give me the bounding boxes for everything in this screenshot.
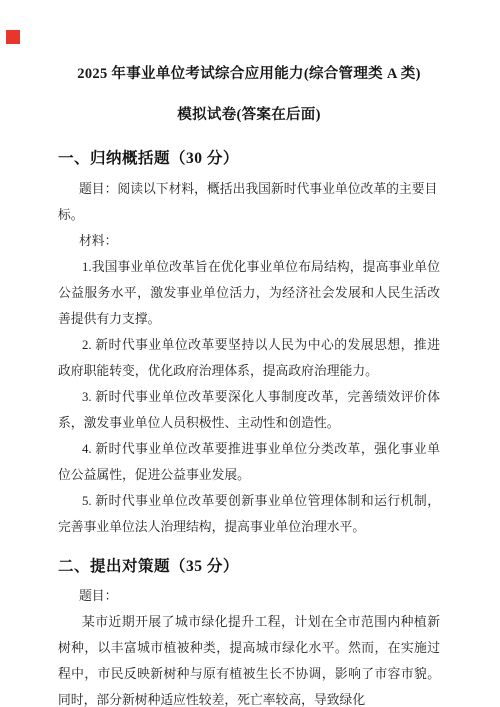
- section2-question-label: 题目：: [58, 583, 440, 609]
- exam-document-page: 2025 年事业单位考试综合应用能力(综合管理类 A 类) 模拟试卷(答案在后面…: [0, 0, 500, 707]
- section2-question-paragraph: 某市近期开展了城市绿化提升工程，计划在全市范围内种植新树种，以丰富城市植被种类，…: [58, 609, 440, 707]
- document-title-line2: 模拟试卷(答案在后面): [58, 107, 440, 124]
- annotation-marker: [6, 30, 20, 44]
- material-paragraph-5: 5. 新时代事业单位改革要创新事业单位管理体制和运行机制，完善事业单位法人治理结…: [58, 488, 440, 540]
- section1-question-line: 题目：阅读以下材料，概括出我国新时代事业单位改革的主要目标。: [58, 176, 440, 228]
- material-paragraph-1: 1.我国事业单位改革旨在优化事业单位布局结构，提高事业单位公益服务水平，激发事业…: [58, 254, 440, 332]
- section2-body: 题目： 某市近期开展了城市绿化提升工程，计划在全市范围内种植新树种，以丰富城市植…: [58, 583, 440, 707]
- section1-heading: 一、归纳概括题（30 分）: [58, 150, 440, 167]
- document-title-line1: 2025 年事业单位考试综合应用能力(综合管理类 A 类): [58, 66, 440, 83]
- material-paragraph-2: 2. 新时代事业单位改革要坚持以人民为中心的发展思想，推进政府职能转变，优化政府…: [58, 332, 440, 384]
- section2-heading: 二、提出对策题（35 分）: [58, 558, 440, 575]
- section1-material-label: 材料：: [58, 228, 440, 254]
- material-paragraph-3: 3. 新时代事业单位改革要深化人事制度改革，完善绩效评价体系，激发事业单位人员积…: [58, 384, 440, 436]
- material-paragraph-4: 4. 新时代事业单位改革要推进事业单位分类改革，强化事业单位公益属性，促进公益事…: [58, 436, 440, 488]
- section1-body: 题目：阅读以下材料，概括出我国新时代事业单位改革的主要目标。 材料： 1.我国事…: [58, 176, 440, 540]
